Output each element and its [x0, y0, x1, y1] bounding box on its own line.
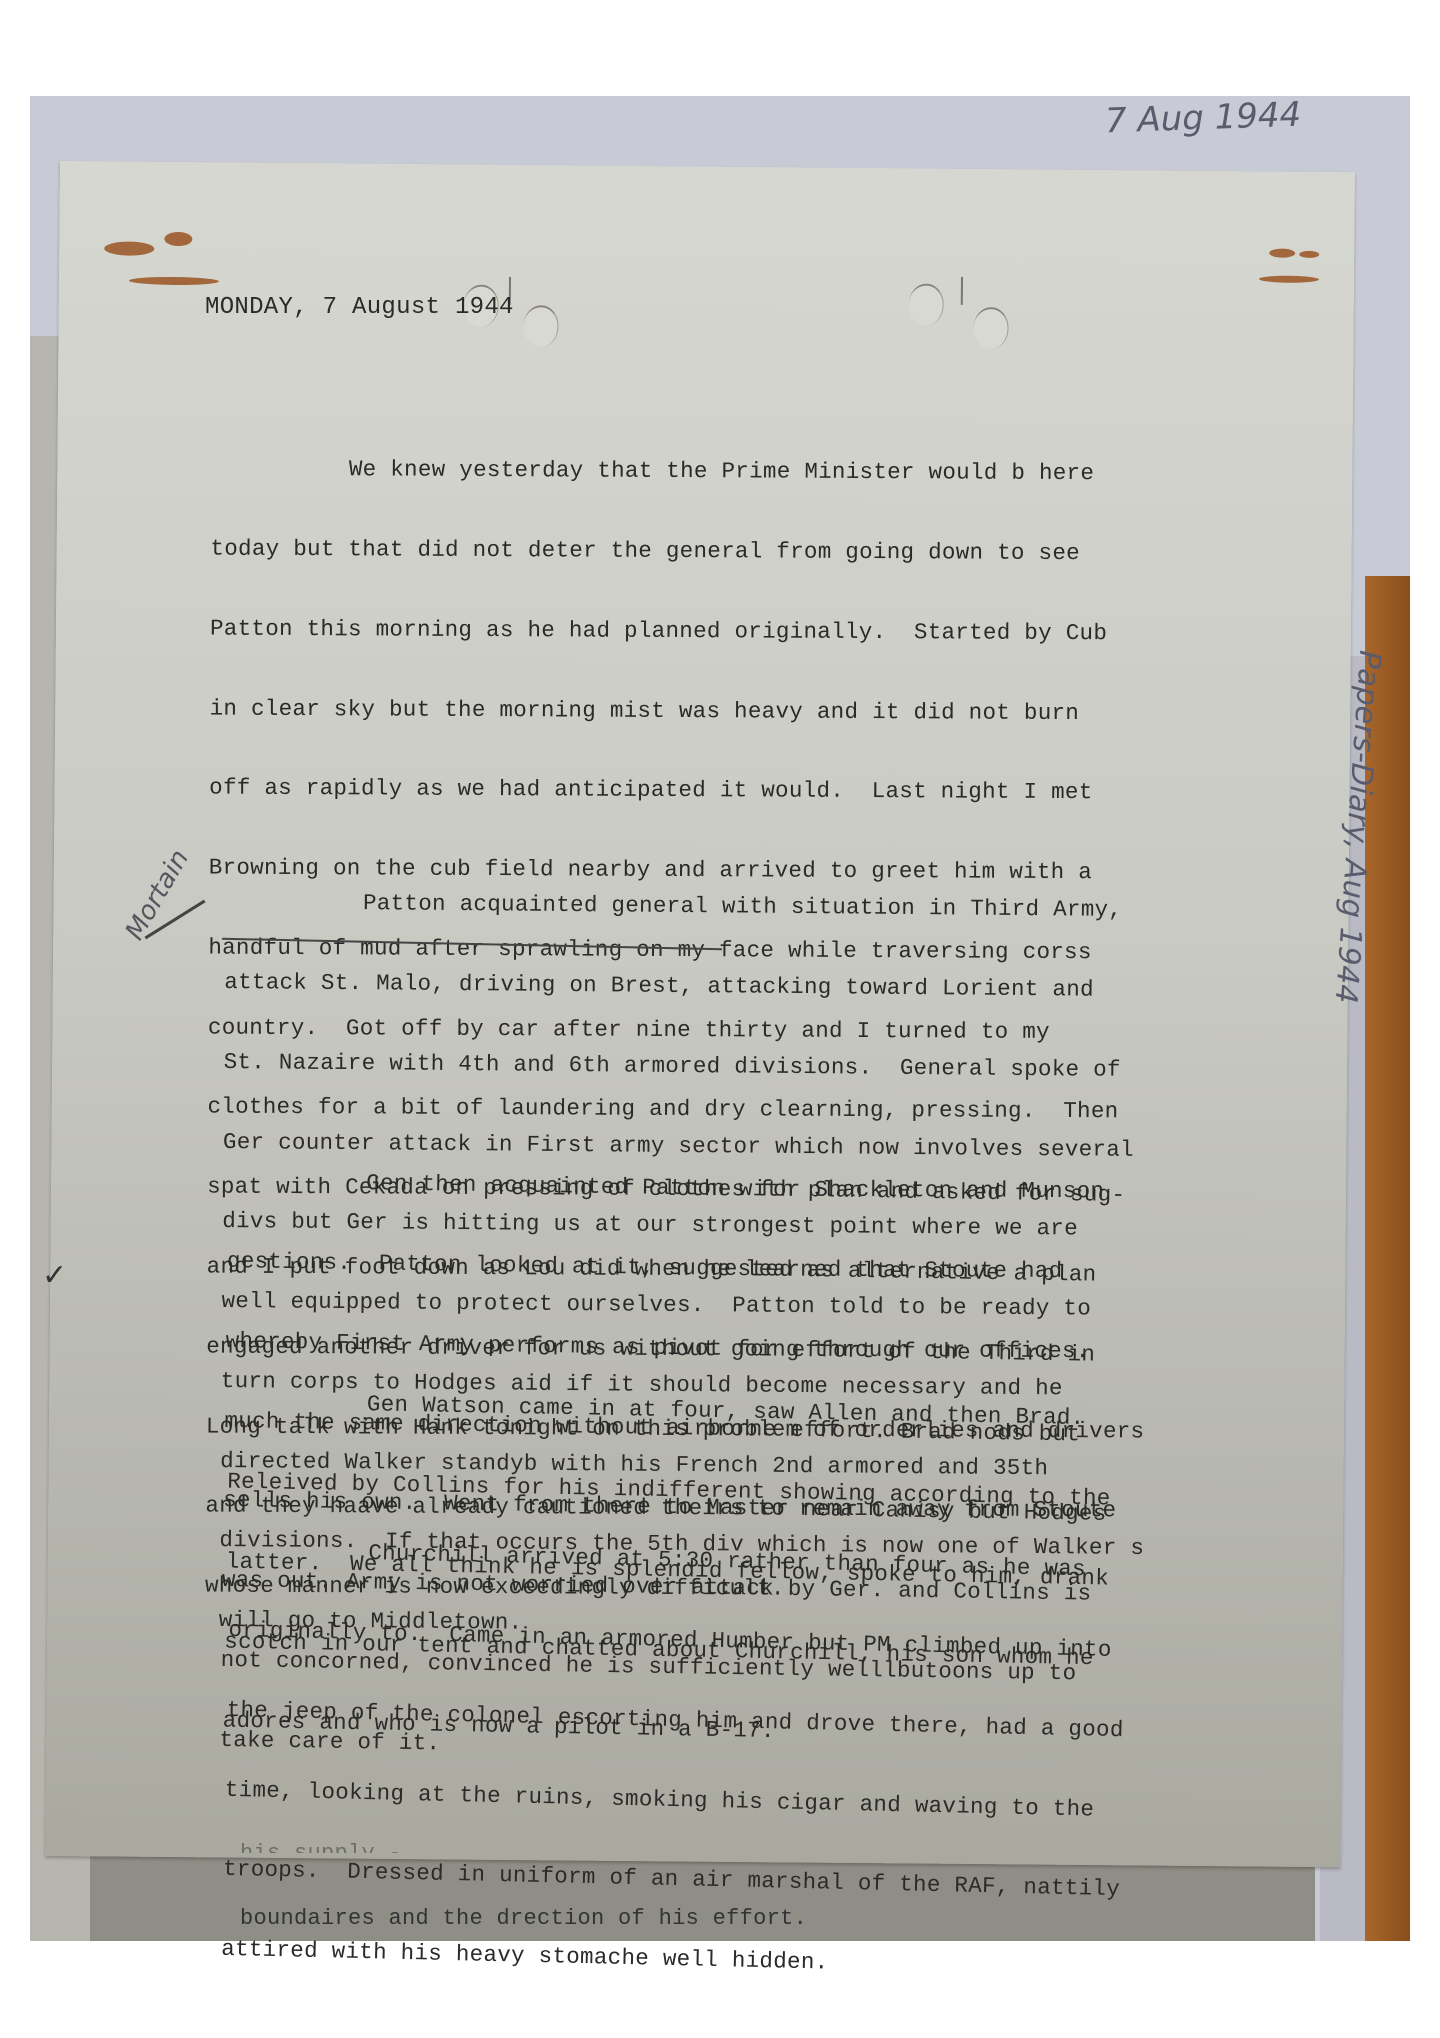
text-line: Patton acquainted general with situation… [225, 889, 1150, 924]
punch-hole [973, 307, 1008, 349]
text-line: Patton this morning as he had planned or… [210, 615, 1149, 647]
text-line: today but that did not deter the general… [210, 536, 1149, 568]
diary-heading: MONDAY, 7 August 1944 [205, 295, 514, 322]
rust-stain [1259, 275, 1319, 283]
punch-hole [523, 305, 558, 347]
text-line: We knew yesterday that the Prime Ministe… [211, 456, 1150, 488]
text-line: originally to. Came in an armored Humber… [228, 1617, 1126, 1664]
handwritten-date: 7 Aug 1944 [1104, 95, 1301, 142]
text-line: St. Nazaire with 4th and 6th armored div… [224, 1049, 1149, 1084]
rust-stain [164, 232, 192, 246]
text-line: in clear sky but the morning mist was he… [210, 695, 1149, 727]
text-line: Churchill arrived at 5:30 rather than fo… [230, 1537, 1128, 1584]
text-line: gestions. Patton looked at it, suggested… [227, 1248, 1124, 1289]
text-line: boundaires and the drection of his effor… [240, 1906, 807, 1933]
text-line: Gen Watson came in at four, saw Allen an… [229, 1389, 1113, 1433]
underlying-page-text: his supply - boundaires and the drection… [240, 1788, 807, 1960]
text-line: off as rapidly as we had anticipated it … [209, 775, 1148, 807]
rust-stain [1299, 251, 1319, 258]
text-line: the jeep of the colonel escorting him an… [226, 1697, 1124, 1744]
rust-stain [104, 241, 154, 255]
text-line: Gen then acquainted Patton with plan and… [228, 1168, 1125, 1209]
text-line: attack St. Malo, driving on Brest, attac… [224, 969, 1149, 1004]
rust-stain [129, 277, 219, 286]
text-line: his supply - [240, 1841, 807, 1853]
punch-hole [909, 283, 944, 325]
punch-mark [961, 277, 963, 305]
check-mark-icon: ✓ [42, 1258, 67, 1293]
rust-stain [1269, 249, 1295, 258]
